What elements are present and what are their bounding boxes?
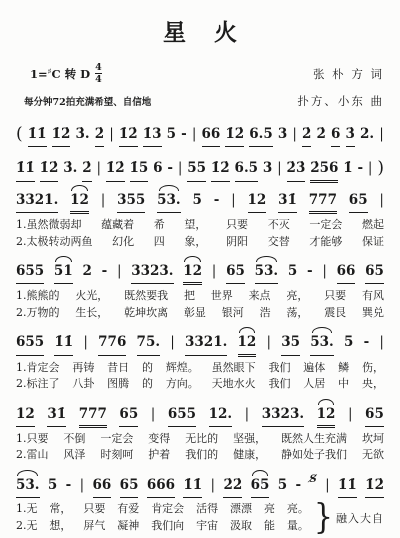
note-group: 12 [183,261,202,285]
note-group: 65 [251,475,270,498]
lyric-word: 静如处子我们 [281,447,347,464]
lyric-word: 辉煌。 [166,360,199,377]
note-group: 66 [202,124,221,147]
note-group: 51 [54,261,73,284]
lyric-word: 一定会 [100,431,133,448]
note-group: - [364,332,370,354]
note-group: 5 [167,124,176,146]
lyrics-line-1: 1.无常，只要有爱肯定会活得漂漂亮亮。 [16,501,309,518]
barline: | [178,158,183,180]
lyrics-column: 1.无常，只要有爱肯定会活得漂漂亮亮。2.无想，屏气凝神我们向宇宙汲取能量。 [16,501,309,534]
lyric-word: 震艮 [324,305,346,322]
time-signature-denominator: 4 [95,73,102,85]
lyrics-block: 1.肯定会再铸昔日的辉煌。虽然眼下我们遍体鳞伤，2.标注了八卦图腾的方向。天地水… [16,360,384,393]
lyrics-column: 1.肯定会再铸昔日的辉煌。虽然眼下我们遍体鳞伤，2.标注了八卦图腾的方向。天地水… [16,360,384,393]
note-group: 1̇5 [130,158,149,181]
barline: | [192,124,197,146]
lyric-word: 图腾 [107,376,129,393]
notation-line: 1̇1̇1̇2̇3̇.2̇|1̇2̇1̇56-|551̇2̇6.53|2̇3̇2… [16,155,384,183]
lyric-word: 虽然眼下 [212,360,256,377]
lyric-word: 亮 [264,501,275,518]
lyrics-column: 1.虽然微弱却蕴藏着希望，只要不灭一定会燃起2.太极转动两鱼幻化四象，阴阳交替才… [16,217,384,250]
barline: | [379,332,384,354]
note-group: 12 [317,404,336,428]
note-group: - [102,261,108,283]
key-prefix: 1= [30,67,48,81]
lyric-word: 交替 [268,234,290,251]
lyrics-line-1: 1.只要不倒一定会变得无比的坚强，既然人生充满坎坷 [16,431,384,448]
note-group: 3̇. [76,124,90,146]
note-group: 3 [278,124,287,146]
lyric-word: 护着 [148,447,170,464]
note-group: 31̇ [47,404,66,427]
note-group: 12 [238,332,257,356]
note-group: 2̇56 [310,158,338,182]
music-system: 53.5-|66656661̇1̇|2̇2̇655-S̸|1̇1̇1̇2̇1.无… [16,475,384,534]
lyric-word: 有风 [362,288,384,305]
lyric-word: 希 [154,217,165,234]
lyric-word: 无比的 [185,431,218,448]
lyric-word: 肯定会 [151,501,184,518]
note-group: 55 [187,158,206,181]
barline: | [212,261,217,283]
lyric-word: 蕴藏着 [101,217,134,234]
note-group: - [167,158,173,180]
music-system: 1̇1̇1̇2̇3̇.2̇|1̇2̇1̇56-|551̇2̇6.53|2̇3̇2… [16,155,384,183]
note-group: 355 [117,190,145,213]
lyric-word: 想， [49,518,71,535]
lyric-word: 方向。 [166,376,199,393]
lyric-word: 活得 [196,501,218,518]
note-group: 5 [192,190,201,212]
lyric-word: 中 [338,376,349,393]
note-group: 655 [168,404,196,427]
note-group: 3 [263,158,272,180]
lyric-word: 燃起 [362,217,384,234]
lyric-word: 1.熊熊的 [16,288,60,305]
sharp-accidental: ♯ [48,66,52,76]
lyrics-line-1: 1.熊熊的火光，既然要我把世界来点亮，只要有风 [16,288,384,305]
lyric-word: 只要 [226,217,248,234]
barline: | [322,261,327,283]
barline: | [325,475,330,497]
lyric-word: 时刻呵 [100,447,133,464]
barline: | [245,404,250,426]
barline: | [101,190,106,212]
note-group: 1̇2̇ [119,124,138,147]
note-group: 2 [82,261,91,283]
lyric-word: 不灭 [268,217,290,234]
note-group: 66 [337,261,356,284]
lyric-word: 火光， [75,288,108,305]
note-group: - [214,190,220,212]
lyric-word: 风泽 [63,447,85,464]
lyric-word: 才能够 [309,234,342,251]
note-group: 2̇ [82,158,91,181]
continuation-text: 融入大自 [336,510,384,526]
lyric-word: 能 [264,518,275,535]
note-group: 777 [79,404,107,428]
lyric-word: 2.太极转动两鱼 [16,234,93,251]
note-group: 12 [70,190,89,214]
lyric-word: 凝神 [117,518,139,535]
lyric-word: 1.虽然微弱却 [16,217,82,234]
note-group: 65 [349,190,368,213]
note-group: 1̇2̇ [106,158,125,181]
note-group: 2̇ [317,124,326,146]
lyric-word: 幻化 [112,234,134,251]
lyric-word: 既然要我 [124,288,168,305]
lyrics-column: 1.熊熊的火光，既然要我把世界来点亮，只要有风2.万物的生长，乾坤坎离彰显银河浩… [16,288,384,321]
note-group: 65 [365,261,384,284]
lyric-word: 保证 [362,234,384,251]
note-group: 1̇ [343,158,352,180]
barline: | [292,124,297,146]
lyric-word: 再铸 [72,360,94,377]
lyric-word: 乾坤坎离 [124,305,168,322]
barline: | [379,124,384,146]
lyrics-line-2: 2.太极转动两鱼幻化四象，阴阳交替才能够保证 [16,234,384,251]
lyrics-block: 1.虽然微弱却蕴藏着希望，只要不灭一定会燃起2.太极转动两鱼幻化四象，阴阳交替才… [16,217,384,250]
note-group: 65 [119,404,138,427]
lyric-word: 既然人生充满 [281,431,347,448]
note-group: 655 [16,261,44,284]
note-group: 3321. [185,332,227,355]
barline: | [109,124,114,146]
time-signature-numerator: 4 [95,63,102,73]
parenthesis: ( [16,122,23,150]
lyric-word: 四 [154,234,165,251]
note-group: 2. [360,124,374,146]
note-group: 655 [16,332,44,355]
tempo-marking: 每分钟72拍充满希望、自信地 [24,94,151,108]
lyric-word: 八卦 [72,376,94,393]
note-group: 5 [48,475,57,497]
note-group: 75. [137,332,161,355]
song-title: 星 火 [16,14,384,47]
note-group: 53. [310,332,334,355]
note-group: 1̇1̇ [183,475,202,498]
lyrics-line-2: 2.标注了八卦图腾的方向。天地水火我们人居中央， [16,376,384,393]
note-group: 776 [98,332,126,355]
lyric-word: 伤， [362,360,384,377]
note-group: 65 [365,404,384,427]
lyric-word: 的 [142,360,153,377]
note-group: - [181,124,187,146]
notation-line: (1̇1̇1̇2̇3̇.2̇|1̇2̇1̇35-|661̇2̇6.53|2̇2̇… [16,121,384,149]
lyricist-credit: 张 朴 方 词 [313,66,384,82]
lyrics-block: 1.熊熊的火光，既然要我把世界来点亮，只要有风2.万物的生长，乾坤坎离彰显银河浩… [16,288,384,321]
note-group: 53. [16,475,40,498]
notation-line: 53.5-|66656661̇1̇|2̇2̇655-S̸|1̇1̇1̇2̇ [16,475,384,498]
barline: | [267,332,272,354]
lyric-word: 一定会 [309,217,342,234]
lyric-word: 有爱 [117,501,139,518]
note-group: 777 [309,190,337,214]
barline: | [170,332,175,354]
lyric-word: 亮， [286,288,308,305]
lyric-word: 人居 [303,376,325,393]
music-system: 3321.12|35553.5-|1231̇77765|1.虽然微弱却蕴藏着希望… [16,190,384,250]
note-group: 5 [288,261,297,283]
note-group: 3̇ [346,124,355,147]
lyric-word: 彰显 [184,305,206,322]
note-group: 53. [255,261,279,284]
note-group: 6.5 [249,124,273,147]
lyric-word: 我们的 [185,447,218,464]
lyrics-block: 1.无常，只要有爱肯定会活得漂漂亮亮。2.无想，屏气凝神我们向宇宙汲取能量。}融… [16,501,384,534]
time-signature: 4 4 [95,63,102,85]
lyric-word: 巽兑 [362,305,384,322]
lyric-word: 把 [184,288,195,305]
lyric-word: 量。 [287,518,309,535]
lyric-word: 望， [184,217,206,234]
lyric-word: 汲取 [230,518,252,535]
note-group: 3̇. [63,158,77,180]
notation-line: 6551̇1̇|77675.|3321.12|3553.5-| [16,332,384,356]
note-group: 2̇ [302,124,311,147]
note-group: 1̇1̇ [54,332,73,355]
note-group: 1̇2̇ [40,158,59,181]
note-group: 6 [331,124,340,147]
note-group: - [357,158,363,180]
notation-line: 655512-|3323.12|6553.5-|6665 [16,261,384,285]
note-group: 1̇2̇ [211,158,230,181]
lyric-word: 我们 [268,360,290,377]
note-group: 1̇2̇ [52,124,71,147]
lyric-word: 1.只要 [16,431,49,448]
lyric-word: 我们向 [151,518,184,535]
lyrics-line-1: 1.肯定会再铸昔日的辉煌。虽然眼下我们遍体鳞伤， [16,360,384,377]
barline: | [80,475,85,497]
header-row-1: 1=♯C 转 D 4 4 张 朴 方 词 [16,63,384,85]
note-group: 66 [93,475,112,498]
barline: | [211,475,216,497]
lyric-word: 变得 [148,431,170,448]
lyric-word: 宇宙 [196,518,218,535]
note-group: 3323. [262,404,304,427]
note-group: 65 [120,475,139,498]
barline: | [151,404,156,426]
lyric-word: 坚强， [233,431,266,448]
lyric-word: 1.肯定会 [16,360,60,377]
note-group: 31̇ [278,190,297,213]
notation-line: 3321.12|35553.5-|1231̇77765| [16,190,384,214]
music-system: (1̇1̇1̇2̇3̇.2̇|1̇2̇1̇35-|661̇2̇6.53|2̇2̇… [16,121,384,149]
lyric-word: 2.雷山 [16,447,49,464]
lyric-word: 世界 [211,288,233,305]
music-systems: (1̇1̇1̇2̇3̇.2̇|1̇2̇1̇35-|661̇2̇6.53|2̇2̇… [16,121,384,534]
lyrics-line-2: 2.雷山风泽时刻呵护着我们的健康，静如处子我们无欲 [16,447,384,464]
sheet-music-page: 星 火 1=♯C 转 D 4 4 张 朴 方 词 每分钟72拍充满希望、自信地 … [0,0,400,538]
lyric-word: 亮。 [287,501,309,518]
note-group: 5 [278,475,287,497]
key-modulation: 转 D [65,66,90,82]
note-group: 1̇2̇ [225,124,244,147]
note-group: 666 [147,475,175,498]
barline: | [83,332,88,354]
note-group: 2̇ [95,124,104,147]
note-group: 3323. [131,261,173,284]
music-system: 1231̇77765|65512.|3323.12|651.只要不倒一定会变得无… [16,404,384,464]
note-group: 5 [344,332,353,354]
parenthesis: ) [377,156,384,184]
lyric-word: 不倒 [63,431,85,448]
note-group: 6.5 [235,158,259,181]
lyric-word: 荡， [286,305,308,322]
note-group: - [296,475,302,497]
note-group: 53. [157,190,181,213]
lyric-word: 1.无 [16,501,38,518]
lyric-word: 的 [142,376,153,393]
lyrics-column: 1.只要不倒一定会变得无比的坚强，既然人生充满坎坷2.雷山风泽时刻呵护着我们的健… [16,431,384,464]
lyric-word: 阴阳 [226,234,248,251]
verse-brace: } [314,502,333,533]
lyric-word: 2.无 [16,518,38,535]
note-group: 1̇1̇ [28,124,47,147]
note-group: 1̇3 [143,124,162,147]
note-group: 12. [209,404,233,427]
composer-credit: 扑方、小东 曲 [297,93,384,109]
note-group: 65 [226,261,245,284]
notation-line: 1231̇77765|65512.|3323.12|65 [16,404,384,428]
lyric-word: 只要 [83,501,105,518]
note-group: - [66,475,72,497]
note-group: 35 [281,332,300,355]
lyric-word: 昔日 [107,360,129,377]
note-group: 2̇3̇ [287,158,306,181]
lyrics-block: 1.只要不倒一定会变得无比的坚强，既然人生充满坎坷2.雷山风泽时刻呵护着我们的健… [16,431,384,464]
header-row-2: 每分钟72拍充满希望、自信地 扑方、小东 曲 [16,93,384,109]
lyrics-line-2: 2.万物的生长，乾坤坎离彰显银河浩荡，震艮巽兑 [16,305,384,322]
barline: | [368,158,373,180]
note-group: 1̇1̇ [338,475,357,498]
barline: | [379,190,384,212]
barline: | [277,158,282,180]
note-group: 1̇1̇ [16,158,35,181]
key-tonic: C [52,67,61,81]
lyric-word: 屏气 [83,518,105,535]
barline: | [231,190,236,212]
lyric-word: 漂漂 [230,501,252,518]
lyrics-line-1: 1.虽然微弱却蕴藏着希望，只要不灭一定会燃起 [16,217,384,234]
lyric-word: 遍体 [303,360,325,377]
lyric-word: 生长， [75,305,108,322]
lyric-word: 浩 [260,305,271,322]
lyric-word: 象， [184,234,206,251]
lyric-word: 坎坷 [362,431,384,448]
lyric-word: 2.标注了 [16,376,60,393]
note-group: 12 [16,404,35,427]
note-group: 12 [248,190,267,213]
barline: | [96,158,101,180]
note-group: 2̇2̇ [223,475,242,498]
lyric-word: 央， [362,376,384,393]
note-group: 1̇2̇ [365,475,384,498]
note-group: 3321. [16,190,58,213]
key-signature: 1=♯C 转 D 4 4 [30,63,102,85]
lyric-word: 健康， [233,447,266,464]
segno-sign: S̸ [310,472,317,489]
lyric-word: 鳞 [338,360,349,377]
note-group: - [307,261,313,283]
lyric-word: 天地水火 [212,376,256,393]
lyric-word: 常， [49,501,71,518]
lyric-word: 无欲 [362,447,384,464]
lyric-word: 银河 [222,305,244,322]
barline: | [117,261,122,283]
music-system: 655512-|3323.12|6553.5-|66651.熊熊的火光，既然要我… [16,261,384,321]
barline: | [348,404,353,426]
lyric-word: 我们 [268,376,290,393]
lyrics-line-2: 2.无想，屏气凝神我们向宇宙汲取能量。 [16,518,309,535]
note-group: 6 [153,158,162,180]
music-system: 6551̇1̇|77675.|3321.12|3553.5-|1.肯定会再铸昔日… [16,332,384,392]
lyric-word: 2.万物的 [16,305,60,322]
lyric-word: 来点 [249,288,271,305]
lyric-word: 只要 [324,288,346,305]
